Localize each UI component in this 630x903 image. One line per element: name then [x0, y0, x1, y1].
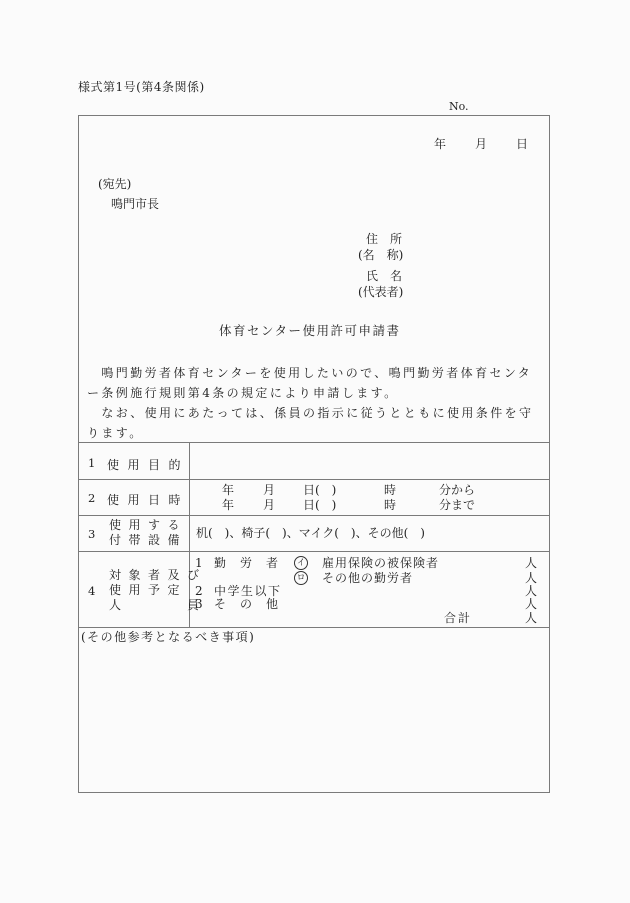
body-paragraph-1: 鳴門勤労者体育センターを使用したいので、鳴門勤労者体育センター条例施行規則第4条…: [87, 363, 545, 403]
addressee-label: (宛先): [98, 178, 131, 190]
date-day-label: 日: [516, 138, 528, 150]
equipment-options[interactable]: 机( )、椅子( )、マイク( )、その他( ): [196, 527, 425, 539]
circled-i-icon: イ: [294, 556, 308, 570]
row-number: 1: [88, 456, 95, 470]
row-divider: [79, 479, 549, 480]
remarks-label: (その他参考となるべき事項): [81, 631, 255, 643]
datetime-label: 使用日時: [107, 491, 189, 508]
row-divider: [79, 551, 549, 552]
date-month-label: 月: [475, 138, 487, 150]
organization-name-label: (名 称): [358, 249, 403, 261]
application-number-label: No.: [449, 101, 469, 112]
purpose-field[interactable]: [192, 444, 546, 477]
circled-ro-icon: ロ: [294, 571, 308, 585]
application-form-frame: 年 月 日 (宛先) 鳴門市長 住 所 (名 称) 氏 名 (代表者) 体育セン…: [78, 115, 550, 793]
row-number: 3: [88, 527, 95, 541]
row-number: 2: [88, 491, 95, 505]
remarks-field[interactable]: [81, 648, 545, 788]
recipient-name: 鳴門市長: [111, 198, 159, 210]
form-number-label: 様式第1号(第4条関係): [78, 81, 205, 93]
table-top-border: [79, 442, 549, 443]
equipment-label: 使用する付帯設備: [109, 518, 187, 548]
applicant-name-label: 氏 名: [366, 270, 402, 282]
row-divider: [79, 515, 549, 516]
body-paragraph-2: なお、使用にあたっては、係員の指示に従うとともに使用条件を守ります。: [87, 403, 545, 443]
row-number: 4: [88, 584, 95, 598]
purpose-label: 使用目的: [107, 456, 189, 473]
representative-label: (代表者): [358, 286, 403, 298]
document-title: 体育センター使用許可申請書: [219, 325, 401, 338]
address-label: 住 所: [366, 233, 402, 245]
attendees-label: 対象者及び使用予定人 員: [109, 568, 207, 613]
table-bottom-border: [79, 627, 549, 628]
date-year-label: 年: [434, 138, 446, 150]
